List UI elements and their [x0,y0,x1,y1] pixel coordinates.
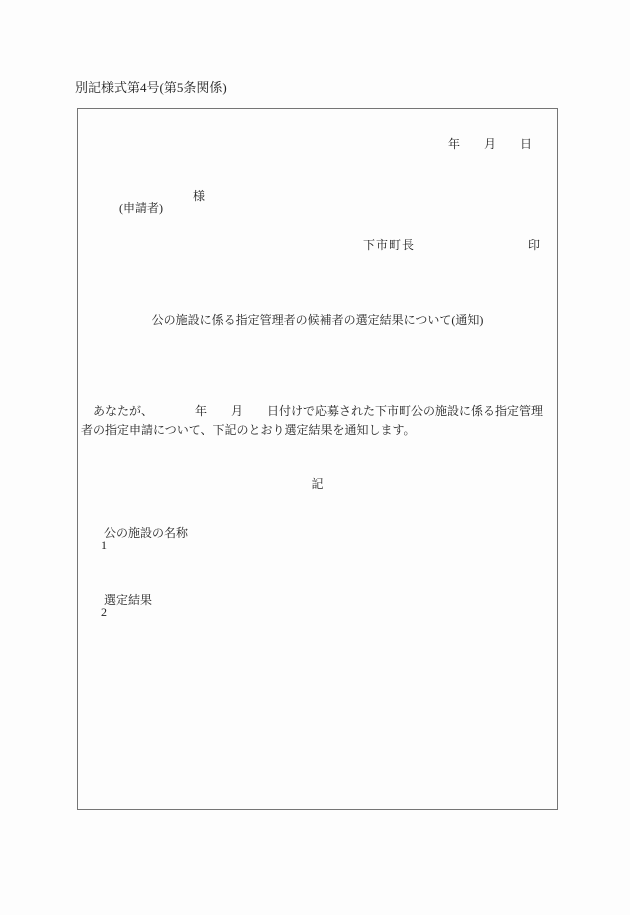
item-label: 公の施設の名称 [104,527,188,539]
document-frame: 年 月 日 (申請者) 様 下市町長 印 公の施設に係る指定管理者の候補者の選定… [77,108,558,810]
body-line-1: あなたが、 年 月 日付けで応募された下市町公の施設に係る指定管理 [81,402,554,421]
item-label: 選定結果 [104,594,152,606]
date-line: 年 月 日 [448,138,532,150]
record-marker: 記 [78,478,557,490]
form-number-label: 別記様式第4号(第5条関係) [75,81,227,94]
body-paragraph: あなたが、 年 月 日付けで応募された下市町公の施設に係る指定管理 者の指定申請… [81,402,554,440]
item-number: 1 [101,538,107,552]
body-line-2: 者の指定申請について、下記のとおり選定結果を通知します。 [81,421,554,440]
seal-label: 印 [528,239,540,251]
applicant-label: (申請者) [119,201,163,215]
document-title: 公の施設に係る指定管理者の候補者の選定結果について(通知) [78,314,557,326]
sender-name: 下市町長 [363,239,415,251]
sender-line: 下市町長 印 [78,239,557,253]
addressee-line: (申請者) 様 [101,190,163,238]
document-page: 別記様式第4号(第5条関係) 年 月 日 (申請者) 様 下市町長 印 公の施設… [0,0,630,915]
item-number: 2 [101,605,107,619]
honorific-label: 様 [193,190,205,202]
list-item-selection-result: 2 選定結果 [83,594,107,642]
list-item-facility-name: 1 公の施設の名称 [83,527,107,575]
